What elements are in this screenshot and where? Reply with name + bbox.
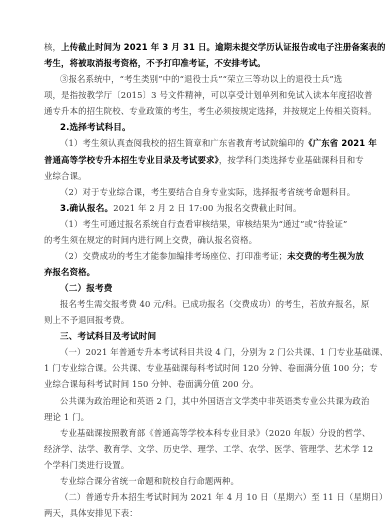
- heading-text: 2.选择考试科目。: [60, 123, 131, 133]
- bold-text-run: 未交费的考生视为放: [287, 251, 364, 261]
- text-line: 核，上传截止时间为 2021 年 3 月 31 日。逾期未提交学历认证报告或电子…: [44, 42, 349, 53]
- section-heading: 3.确认报名。2021 年 2 月 2 日 17:00 为报名交费截止时间。: [60, 203, 349, 215]
- paragraph-start: （2）对于专业综合课，考生要结合自身专业实际，选择报考省统考命题科目。: [60, 187, 349, 198]
- text-run: 则上不予退回报考费。: [44, 315, 129, 325]
- bold-text-run: 上传截止时间为 2021 年 3 月 31 日。逾期未提交学历认证报告或电子注册…: [61, 42, 386, 52]
- heading-text: （二）报考费: [60, 284, 112, 294]
- text-run: 两天，具体安排见下表：: [44, 508, 138, 518]
- text-run: 核，: [44, 42, 61, 52]
- text-line: 经济学、法学、教育学、文学、历史学、理学、工学、农学、医学、管理学、艺术学 12: [44, 444, 349, 455]
- text-run: 公共课为政治理论和英语 2 门，其中外国语言文学类中非英语类专业公共课为政治: [60, 396, 369, 406]
- heading-text: 三、考试科目及考试时间: [60, 332, 156, 342]
- text-line: 业综合课每科考试时间 150 分钟、卷面满分值 200 分。: [44, 379, 349, 390]
- paragraph-start: 专业基础课按照教育部《普通高等学校本科专业目录》（2020 年版）分设的哲学、: [60, 428, 349, 439]
- bold-text-run: 考生，将被取消报考资格，不予打印准考证，不安排考试。: [44, 58, 266, 68]
- text-run: （二）普通专升本招生考试时间为 2021 年 4 月 10 日（星期六）至 11…: [60, 492, 388, 502]
- text-run: 通专升本的招生院校、专业政策的考生，考生必须按规定选择，并按规定上传相关资料。: [44, 106, 376, 116]
- bold-text-run: 弃报名资格。: [44, 267, 95, 277]
- text-run: 的考生须在规定的时间内进行网上交费，确认报名资格。: [44, 235, 257, 245]
- text-line: 个学科门类进行设置。: [44, 460, 349, 471]
- paragraph-start: （二）普通专升本招生考试时间为 2021 年 4 月 10 日（星期六）至 11…: [60, 492, 349, 503]
- text-line: 理论 1 门。: [44, 412, 349, 423]
- text-line: 则上不予退回报考费。: [44, 315, 349, 326]
- paragraph-start: （2）交费成功的考生才能参加编排考场座位、打印准考证；未交费的考生视为放: [60, 251, 349, 262]
- text-run: 2021 年 2 月 2 日 17:00 为报名交费截止时间。: [113, 203, 301, 213]
- text-run: ③报名系统中，“考生类别”中的“退役士兵”“荣立三等功以上的退役士兵”选: [60, 74, 342, 84]
- section-heading: （二）报考费: [60, 283, 349, 295]
- text-run: 理论 1 门。: [44, 412, 89, 422]
- text-line: 弃报名资格。: [44, 267, 349, 278]
- text-run: （1）考生可通过报名系统自行查看审核结果，审核结果为“通过”或“待验证”: [60, 219, 347, 229]
- text-line: 考生，将被取消报考资格，不予打印准考证，不安排考试。: [44, 58, 349, 69]
- heading-text: 3.确认报名。: [60, 204, 113, 214]
- text-run: 专业基础课按照教育部《普通高等学校本科专业目录》（2020 年版）分设的哲学、: [60, 428, 370, 438]
- document-page: 核，上传截止时间为 2021 年 3 月 31 日。逾期未提交学历认证报告或电子…: [0, 0, 392, 526]
- paragraph-start: 报名考生需交报考费 40 元/科。已成功报名（交费成功）的考生，若放弃报名，原: [60, 299, 349, 310]
- paragraph-start: 专业综合课分省统一命题和院校自行命题两种。: [60, 476, 349, 487]
- text-run: （2）交费成功的考生才能参加编排考场座位、打印准考证；: [60, 251, 287, 261]
- text-line: 1 门专业综合课。公共课、专业基础课每科考试时间 120 分钟、卷面满分值 10…: [44, 363, 349, 374]
- text-line: 两天，具体安排见下表：: [44, 508, 349, 519]
- text-run: 业综合课每科考试时间 150 分钟、卷面满分值 200 分。: [44, 379, 259, 389]
- text-run: 专业综合课分省统一命题和院校自行命题两种。: [60, 476, 239, 486]
- bold-text-run: 《广东省 2021 年: [304, 138, 377, 148]
- paragraph-start: 公共课为政治理论和英语 2 门，其中外国语言文学类中非英语类专业公共课为政治: [60, 396, 349, 407]
- text-line: 业综合课。: [44, 171, 349, 182]
- text-run: （1）考生须认真查阅我校的招生简章和广东省教育考试院编印的: [60, 138, 304, 148]
- text-line: 项，是指按教学厅〔2015〕3 号文件精神，可以享受计划单列和免试入读本年度招收…: [44, 90, 349, 101]
- text-run: 业综合课。: [44, 171, 87, 181]
- paragraph-start: （1）考生须认真查阅我校的招生简章和广东省教育考试院编印的《广东省 2021 年: [60, 138, 349, 149]
- text-line: 普通高等学校专升本招生专业目录及考试要求》，按学科门类选择专业基础课科目和专: [44, 155, 349, 166]
- section-heading: 三、考试科目及考试时间: [60, 331, 349, 343]
- text-line: 通专升本的招生院校、专业政策的考生，考生必须按规定选择，并按规定上传相关资料。: [44, 106, 349, 117]
- text-run: 个学科门类进行设置。: [44, 460, 129, 470]
- text-run: （一）2021 年普通专升本考试科目共设 4 门，分别为 2 门公共课、1 门专…: [60, 347, 388, 357]
- paragraph-start: ③报名系统中，“考生类别”中的“退役士兵”“荣立三等功以上的退役士兵”选: [60, 74, 349, 85]
- paragraph-start: （一）2021 年普通专升本考试科目共设 4 门，分别为 2 门公共课、1 门专…: [60, 347, 349, 358]
- bold-text-run: 普通高等学校专升本招生专业目录及考试要求》: [44, 155, 219, 165]
- text-run: 项，是指按教学厅〔2015〕3 号文件精神，可以享受计划单列和免试入读本年度招收…: [44, 90, 373, 100]
- text-run: ，按学科门类选择专业基础课科目和专: [219, 155, 364, 165]
- paragraph-start: （1）考生可通过报名系统自行查看审核结果，审核结果为“通过”或“待验证”: [60, 219, 349, 230]
- text-run: 报名考生需交报考费 40 元/科。已成功报名（交费成功）的考生，若放弃报名，原: [60, 299, 369, 309]
- text-line: 的考生须在规定的时间内进行网上交费，确认报名资格。: [44, 235, 349, 246]
- text-run: （2）对于专业综合课，考生要结合自身专业实际，选择报考省统考命题科目。: [60, 187, 355, 197]
- section-heading: 2.选择考试科目。: [60, 122, 349, 134]
- text-run: 经济学、法学、教育学、文学、历史学、理学、工学、农学、医学、管理学、艺术学 12: [44, 444, 373, 454]
- text-run: 1 门专业综合课。公共课、专业基础课每科考试时间 120 分钟、卷面满分值 10…: [44, 363, 378, 373]
